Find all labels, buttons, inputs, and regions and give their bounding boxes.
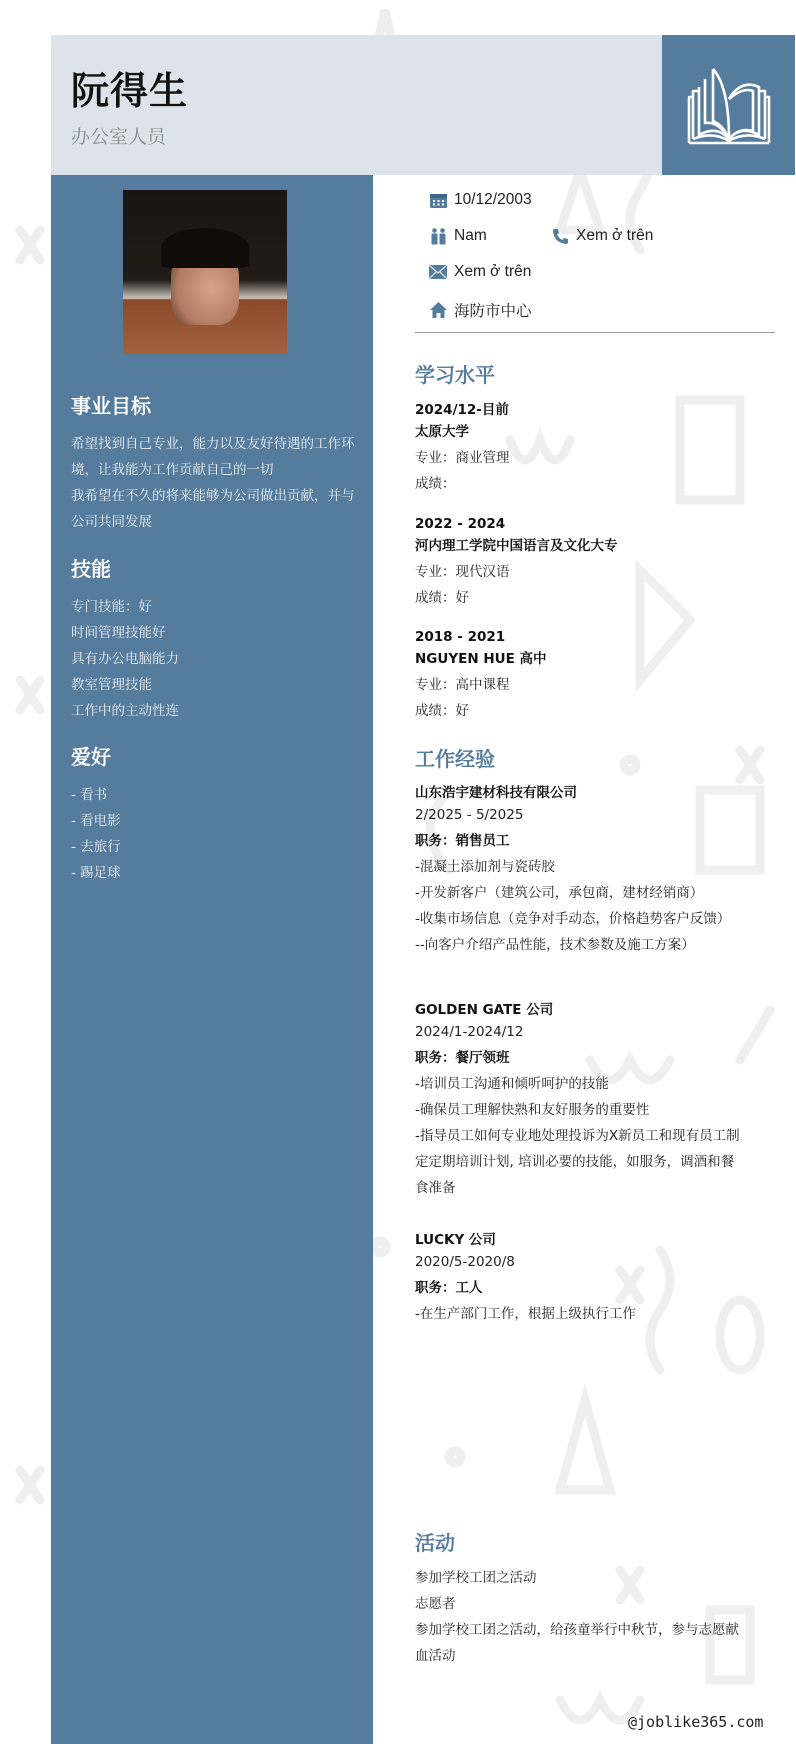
education-entry: 2018 - 2021 NGUYEN HUE 高中 专业：高中课程 成绩：好 [415,624,775,724]
experience-duty: -混凝土添加剂与瓷砖胶 [415,854,775,880]
experience-entry: 山东浩宇建材科技有限公司 2/2025 - 5/2025 职务：销售员工 -混凝… [415,780,775,958]
experience-duty: -在生产部门工作，根据上级执行工作 [415,1301,775,1327]
skill-item: 教室管理技能 [71,672,361,698]
skills-section: 技能 专门技能：好 时间管理技能好 具有办公电脑能力 教室管理技能 工作中的主动… [71,553,361,724]
phone-value: Xem ở trên [576,227,653,245]
candidate-name: 阮得生 [71,60,188,115]
candidate-role: 办公室人员 [71,122,166,149]
experience-title: 工作经验 [415,743,495,772]
profile-photo [123,190,287,354]
sidebar: 事业目标 希望找到自己专业，能力以及友好待遇的工作环境，让我能为工作贡献自己的一… [51,175,373,1744]
education-school: 河内理工学院中国语言及文化大专 [415,533,775,559]
birthdate-value: 10/12/2003 [454,191,532,209]
activities-block: 参加学校工团之活动 志愿者 参加学校工团之活动，给孩童举行中秋节，参与志愿献血活… [415,1565,740,1669]
contact-phone: Xem ở trên [551,227,653,245]
contact-birthdate: 10/12/2003 [429,191,532,209]
experience-period: 2/2025 - 5/2025 [415,802,775,828]
skill-item: 时间管理技能好 [71,620,361,646]
education-entry: 2022 - 2024 河内理工学院中国语言及文化大专 专业：现代汉语 成绩：好 [415,511,775,611]
experience-period: 2020/5-2020/8 [415,1249,775,1275]
experience-duty: --向客户介绍产品性能，技术参数及施工方案） [415,932,775,958]
education-school: NGUYEN HUE 高中 [415,646,775,672]
experience-entry: LUCKY 公司 2020/5-2020/8 职务：工人 -在生产部门工作，根据… [415,1227,775,1327]
hobbies-section: 爱好 - 看书 - 看电影 - 去旅行 - 踢足球 [71,741,361,886]
hobby-item: - 看电影 [71,808,361,834]
contact-email: Xem ở trên [429,263,531,281]
photo-hair [161,228,249,268]
resume-header: 阮得生 办公室人员 [51,35,662,175]
experience-duty: -收集市场信息（竞争对手动态，价格趋势客户反馈） [415,906,740,932]
contact-address: 海防市中心 [429,299,532,321]
activity-line: 志愿者 [415,1591,740,1617]
hobby-item: - 踢足球 [71,860,361,886]
people-icon [429,227,447,245]
contact-gender: Nam [429,227,487,245]
experience-position: 职务：餐厅领班 [415,1045,775,1071]
hobby-item: - 看书 [71,782,361,808]
experience-duty: -确保员工理解快熟和友好服务的重要性 [415,1097,775,1123]
address-value: 海防市中心 [454,299,532,321]
gender-value: Nam [454,227,487,245]
phone-icon [551,227,569,245]
contact-divider [415,332,775,333]
experience-duty: -指导员工如何专业地处理投诉为X新员工和现有员工制定定期培训计划, 培训必要的技… [415,1123,740,1201]
skill-item: 具有办公电脑能力 [71,646,361,672]
education-major: 专业：商业管理 [415,445,775,471]
watermark: @joblike365.com [628,1713,763,1731]
home-icon [429,301,447,319]
open-book-icon [681,57,777,153]
envelope-icon [429,263,447,281]
objective-title: 事业目标 [71,390,361,419]
experience-duty: -开发新客户（建筑公司，承包商，建材经销商） [415,880,775,906]
education-entry: 2024/12-目前 太原大学 专业：商业管理 成绩： [415,397,775,497]
activity-line: 参加学校工团之活动 [415,1565,740,1591]
objective-section: 事业目标 希望找到自己专业，能力以及友好待遇的工作环境，让我能为工作贡献自己的一… [71,390,361,535]
hobbies-title: 爱好 [71,741,361,770]
education-grade: 成绩：好 [415,698,775,724]
objective-line: 我希望在不久的将来能够为公司做出贡献，并与公司共同发展 [71,483,361,535]
hobby-item: - 去旅行 [71,834,361,860]
education-major: 专业：高中课程 [415,672,775,698]
experience-position: 职务：销售员工 [415,828,775,854]
education-title: 学习水平 [415,359,495,388]
experience-entry: GOLDEN GATE 公司 2024/1-2024/12 职务：餐厅领班 -培… [415,997,775,1201]
calendar-icon [429,191,447,209]
header-icon-box [662,35,795,175]
experience-duty: -培训员工沟通和倾听呵护的技能 [415,1071,775,1097]
activity-line: 参加学校工团之活动，给孩童举行中秋节，参与志愿献血活动 [415,1617,740,1669]
objective-line: 希望找到自己专业，能力以及友好待遇的工作环境，让我能为工作贡献自己的一切 [71,431,361,483]
activities-title: 活动 [415,1527,455,1556]
email-value: Xem ở trên [454,263,531,281]
education-grade: 成绩： [415,471,775,497]
skills-title: 技能 [71,553,361,582]
education-grade: 成绩：好 [415,585,775,611]
experience-position: 职务：工人 [415,1275,775,1301]
skill-item: 专门技能：好 [71,594,361,620]
education-major: 专业：现代汉语 [415,559,775,585]
experience-period: 2024/1-2024/12 [415,1019,775,1045]
skill-item: 工作中的主动性连 [71,698,361,724]
